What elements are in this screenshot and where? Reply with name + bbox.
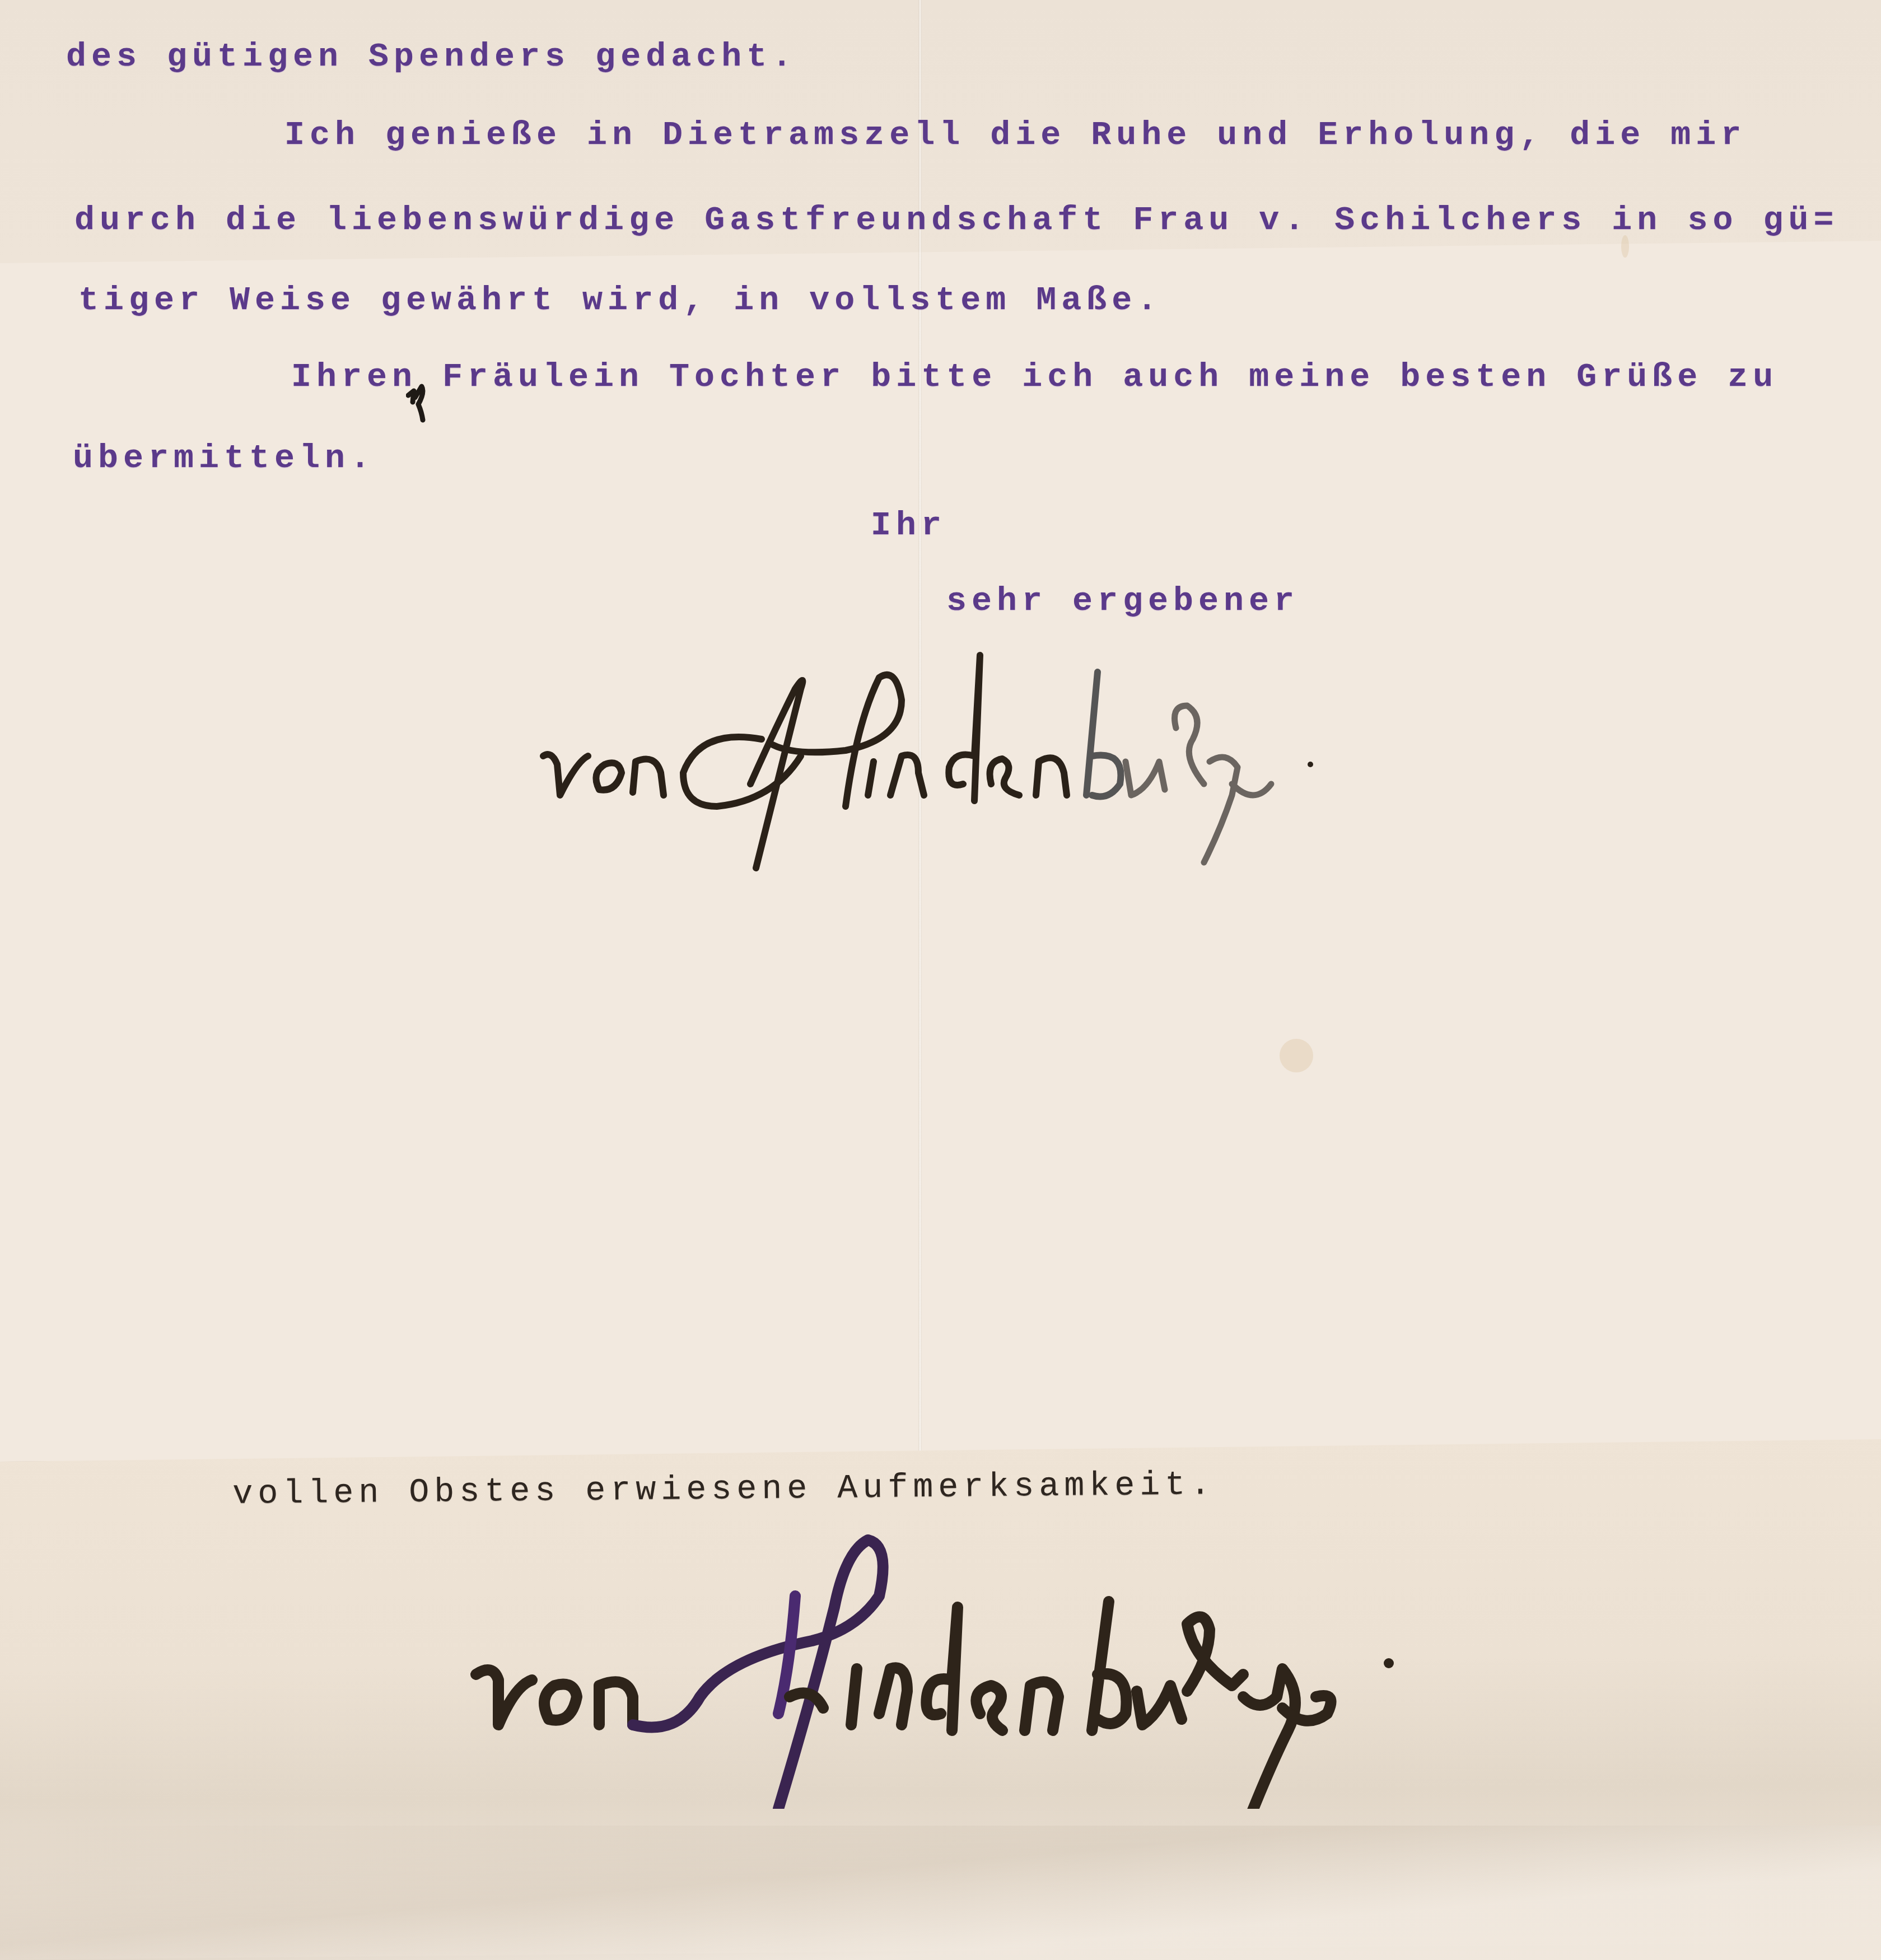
- lower-signature: [465, 1529, 1837, 1809]
- paper-stain: [1280, 1039, 1313, 1072]
- paper-shadow: [0, 1826, 1881, 1960]
- letter-line-2: Ich genieße in Dietramszell die Ruhe und…: [284, 116, 1746, 155]
- closing-ihr: Ihr: [871, 507, 946, 545]
- letter-line-5: Ihren Fräulein Tochter bitte ich auch me…: [291, 358, 1778, 396]
- handwritten-correction-mark: [406, 375, 428, 426]
- letter-line-4: tiger Weise gewährt wird, in vollstem Ma…: [78, 282, 1162, 320]
- closing-sehr-ergebener: sehr ergebener: [946, 582, 1299, 620]
- upper-signature: [532, 644, 1708, 879]
- letter-line-3: durch die liebenswürdige Gastfreundschaf…: [74, 202, 1838, 240]
- letter-line-6: übermitteln.: [73, 440, 375, 478]
- letter-line-1: des gütigen Spenders gedacht.: [66, 38, 797, 76]
